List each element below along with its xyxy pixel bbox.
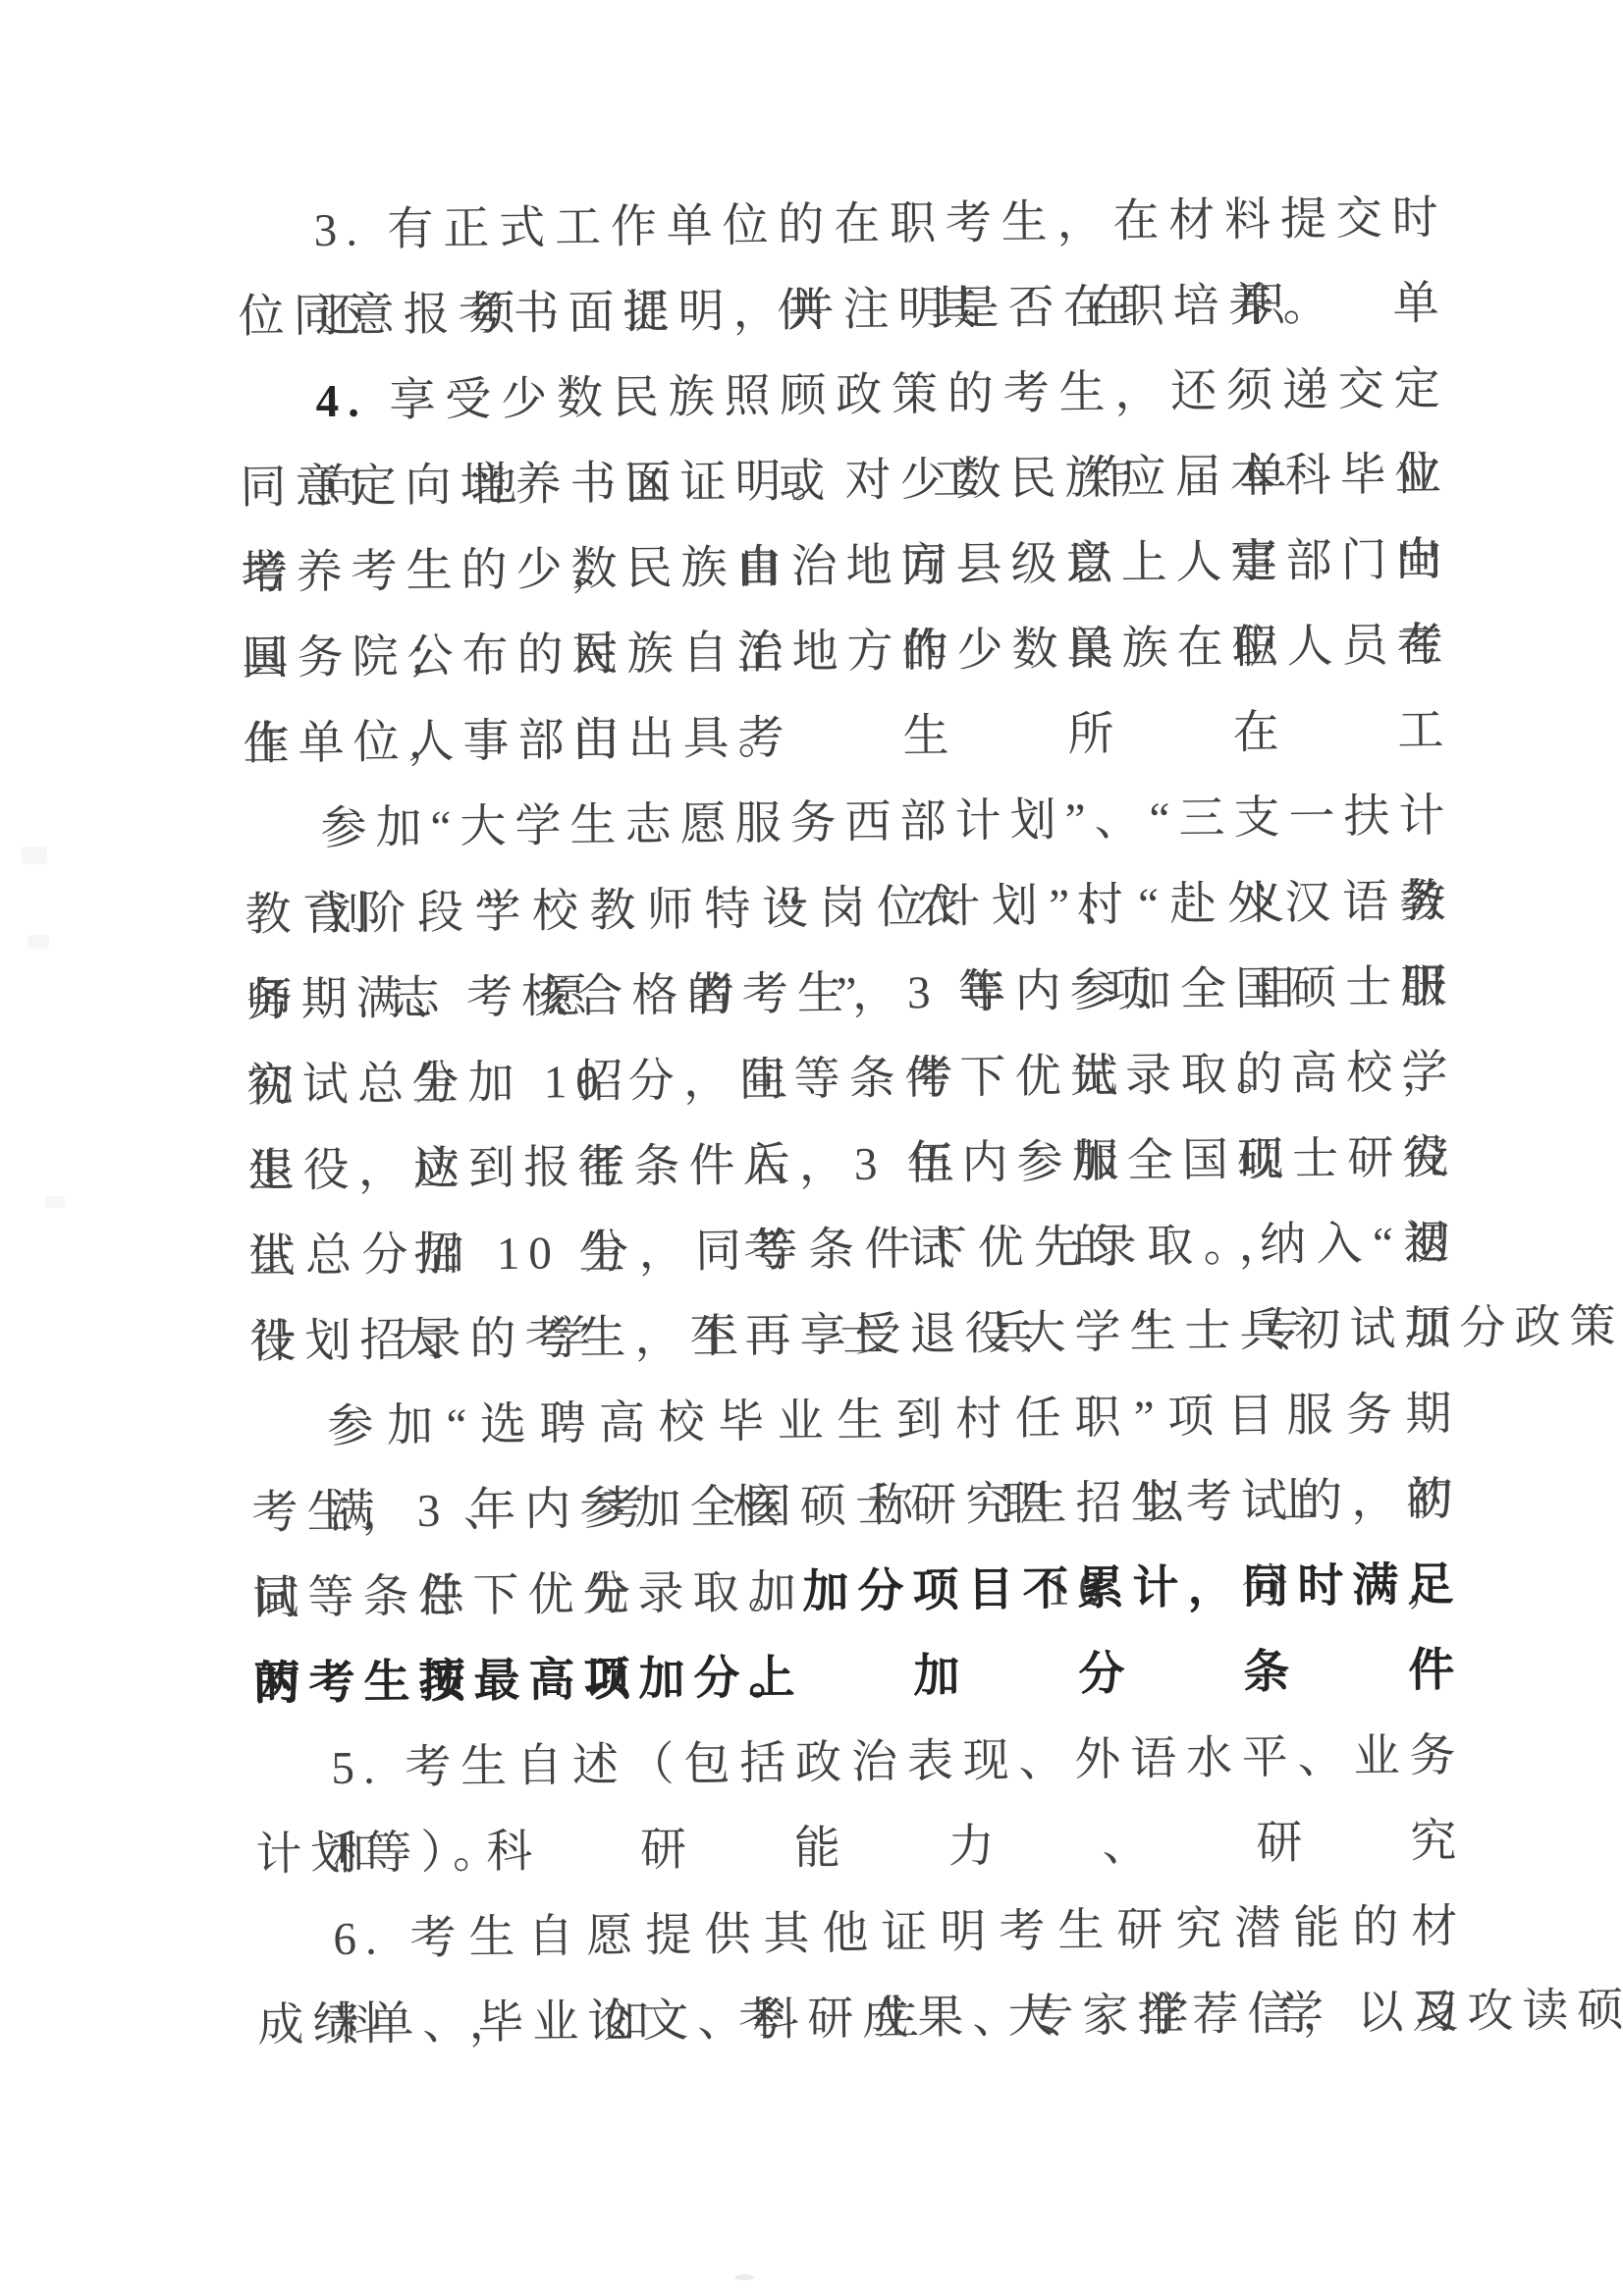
paragraph: 3. 有正式工作单位的在职考生，在材料提交时还须提供其在职单位同意报考书面证明，… [237, 176, 1448, 360]
bold-text-run: 4. [315, 376, 368, 428]
paragraph: 参加“选聘高校毕业生到村任职”项目服务期满、考核称职以上的考生，3 年内参加全国… [250, 1372, 1464, 1727]
text-run: 计划招录的考生，不再享受退役大学生士兵初试加分政策。 [249, 1300, 1623, 1368]
text-line: 计划招录的考生，不再享受退役大学生士兵初试加分政策。 [249, 1286, 1460, 1386]
text-run: 同等条件下优先录取。 [252, 1567, 803, 1624]
scan-smudge [22, 847, 47, 864]
text-line: 同意定向培养书面证明。对少数民族应届本科毕业考生，由同意定向 [240, 432, 1450, 531]
paragraph: 5. 考生自述（包括政治表现、外语水平、业务和科研能力、研究计划等）。 [254, 1714, 1466, 1898]
text-run: 计划等）。 [255, 1827, 508, 1881]
bold-text-run: 的考生按最高项加分。 [253, 1653, 804, 1710]
scan-smudge [45, 1196, 65, 1208]
text-line: 3. 有正式工作单位的在职考生，在材料提交时还须提供其在职单 [237, 176, 1447, 275]
text-line: 务期满、考核合格的考生，3 年内参加全国硕士研究生招生考试的， [245, 945, 1456, 1044]
text-line: 退役，达到报考条件后，3 年内参加全国硕士研究生招生考试的，初 [247, 1116, 1458, 1215]
text-line: 教育阶段学校教师特设岗位计划”、“赴外汉语教师志愿者”等项目服 [244, 859, 1455, 958]
text-line: 考生，3 年内参加全国硕士研究生招生考试的，初试总分加 10 分， [251, 1457, 1462, 1557]
paragraph: 6. 考生自愿提供其他证明考生研究潜能的材料，如考生大学学习成绩单、毕业论文、科… [256, 1885, 1468, 2069]
scan-speck [734, 2274, 754, 2280]
text-run: 作单位人事部门出具。 [243, 713, 793, 770]
text-line: 5. 考生自述（包括政治表现、外语水平、业务和科研能力、研究 [254, 1714, 1465, 1813]
paragraph: 参加“大学生志愿服务西部计划”、“三支一扶计划”、“农村义务教育阶段学校教师特设… [243, 774, 1460, 1386]
document-body: 3. 有正式工作单位的在职考生，在材料提交时还须提供其在职单位同意报考书面证明，… [237, 176, 1468, 2069]
paragraph: 4. 享受少数民族照顾政策的考生，还须递交定向地区或工作单位同意定向培养书面证明… [239, 347, 1453, 788]
text-run: 成绩单、毕业论文、科研成果、专家推荐信，以及攻读硕士学位阶段 [257, 1982, 1623, 2051]
text-line: 参加“大学生志愿服务西部计划”、“三支一扶计划”、“农村义务 [243, 774, 1454, 873]
text-line: 成绩单、毕业论文、科研成果、专家推荐信，以及攻读硕士学位阶段 [257, 1970, 1468, 2069]
text-line: 初试总分加 10 分，同等条件下优先录取。高校学生应征入伍服现役 [246, 1030, 1457, 1129]
text-line: 国务院公布的民族自治地方的少数民族在职人员考生，由考生所在工 [242, 603, 1452, 702]
text-line: 6. 考生自愿提供其他证明考生研究潜能的材料，如考生大学学习 [256, 1885, 1467, 1984]
scan-smudge [27, 935, 49, 949]
text-line: 同等条件下优先录取。加分项目不累计，同时满足两项以上加分条件 [252, 1543, 1463, 1642]
document-page: 3. 有正式工作单位的在职考生，在材料提交时还须提供其在职单位同意报考书面证明，… [0, 0, 1623, 2296]
text-line: 4. 享受少数民族照顾政策的考生，还须递交定向地区或工作单位 [239, 347, 1449, 446]
text-run: 位同意报考书面证明，并注明是否在职培养。 [238, 279, 1338, 343]
text-line: 培养考生的少数民族自治地方县级以上人事部门出具；对工作单位在 [241, 518, 1451, 617]
text-line: 试总分加 10 分，同等条件下优先录取。纳入“退役大学生士兵”专项 [248, 1201, 1459, 1300]
text-line: 参加“选聘高校毕业生到村任职”项目服务期满、考核称职以上的 [250, 1372, 1461, 1471]
text-line: 位同意报考书面证明，并注明是否在职培养。 [238, 261, 1448, 360]
